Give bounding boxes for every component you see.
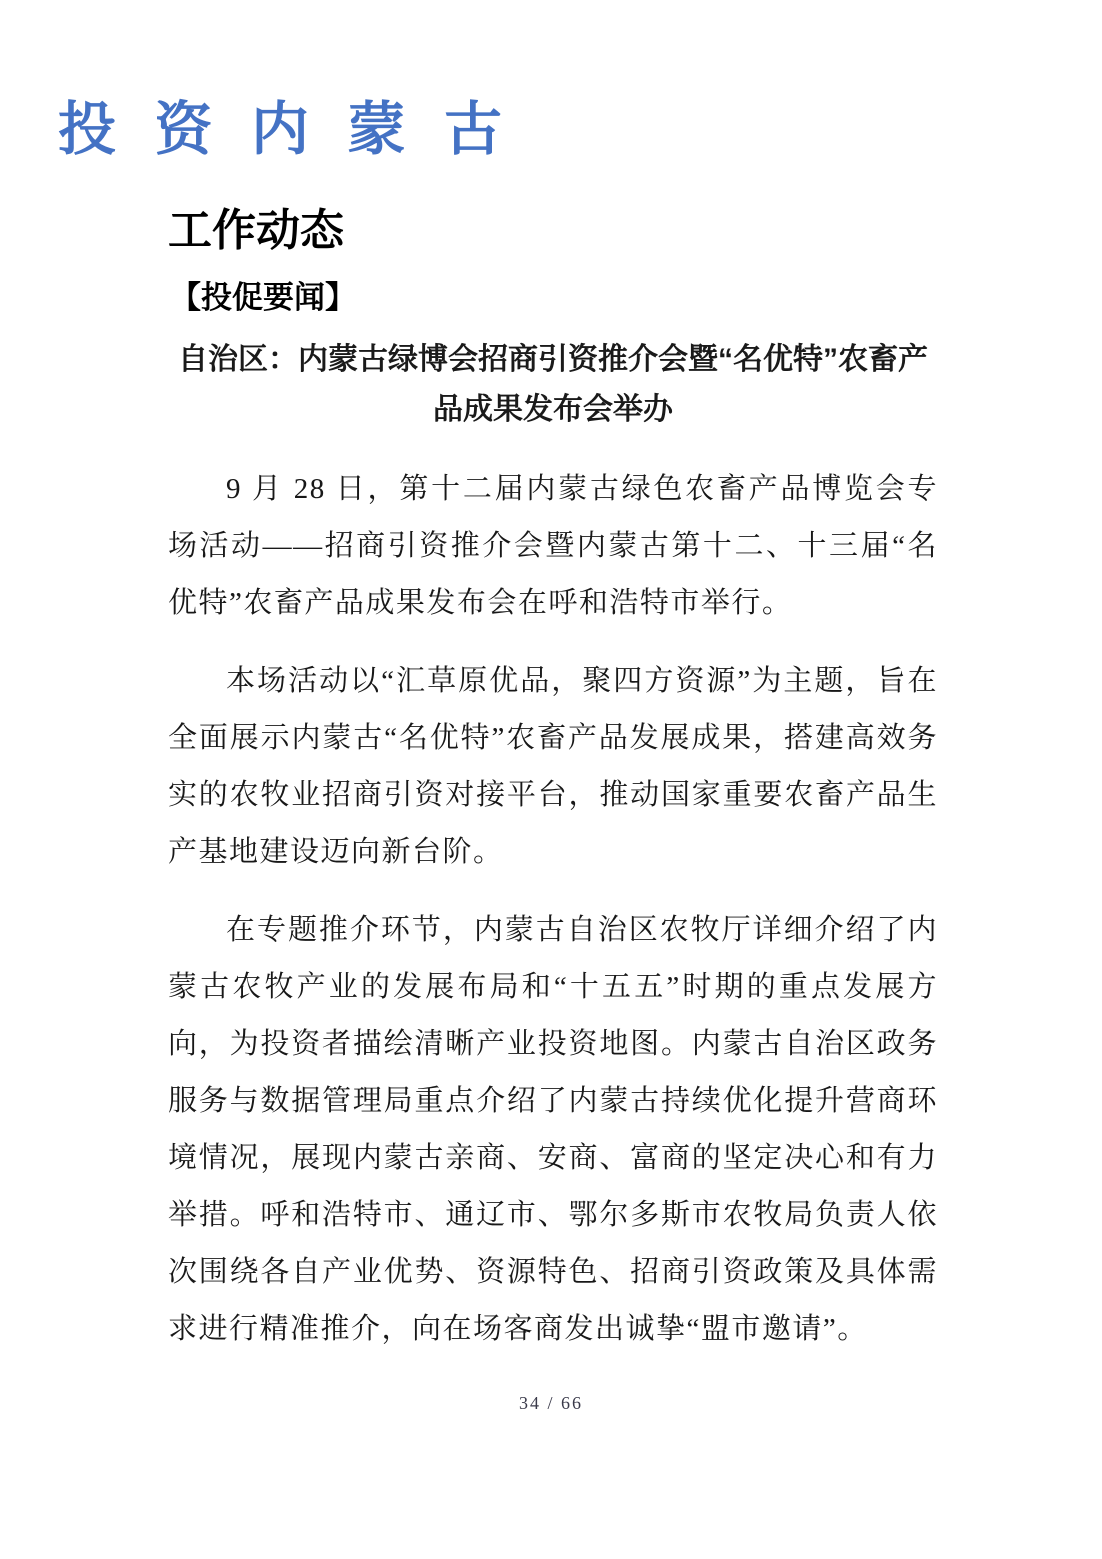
subsection-title: 【投促要闻】 <box>170 272 938 317</box>
article-content: 工作动态 【投促要闻】 自治区：内蒙古绿博会招商引资推介会暨“名优特”农畜产品成… <box>168 205 938 1379</box>
body-paragraph-2: 本场活动以“汇草原优品，聚四方资源”为主题，旨在全面展示内蒙古“名优特”农畜产品… <box>168 653 938 881</box>
body-paragraph-3: 在专题推介环节，内蒙古自治区农牧厅详细介绍了内蒙古农牧产业的发展布局和“十五五”… <box>168 902 938 1358</box>
body-paragraph-1: 9 月 28 日，第十二届内蒙古绿色农畜产品博览会专场活动——招商引资推介会暨内… <box>168 461 938 632</box>
brand-title: 投 资 内 蒙 古 <box>58 82 514 166</box>
page-number: 34 / 66 <box>0 1393 1102 1414</box>
document-page: 投 资 内 蒙 古 工作动态 【投促要闻】 自治区：内蒙古绿博会招商引资推介会暨… <box>0 0 1102 1559</box>
section-title: 工作动态 <box>168 205 938 258</box>
article-title: 自治区：内蒙古绿博会招商引资推介会暨“名优特”农畜产品成果发布会举办 <box>168 335 938 435</box>
